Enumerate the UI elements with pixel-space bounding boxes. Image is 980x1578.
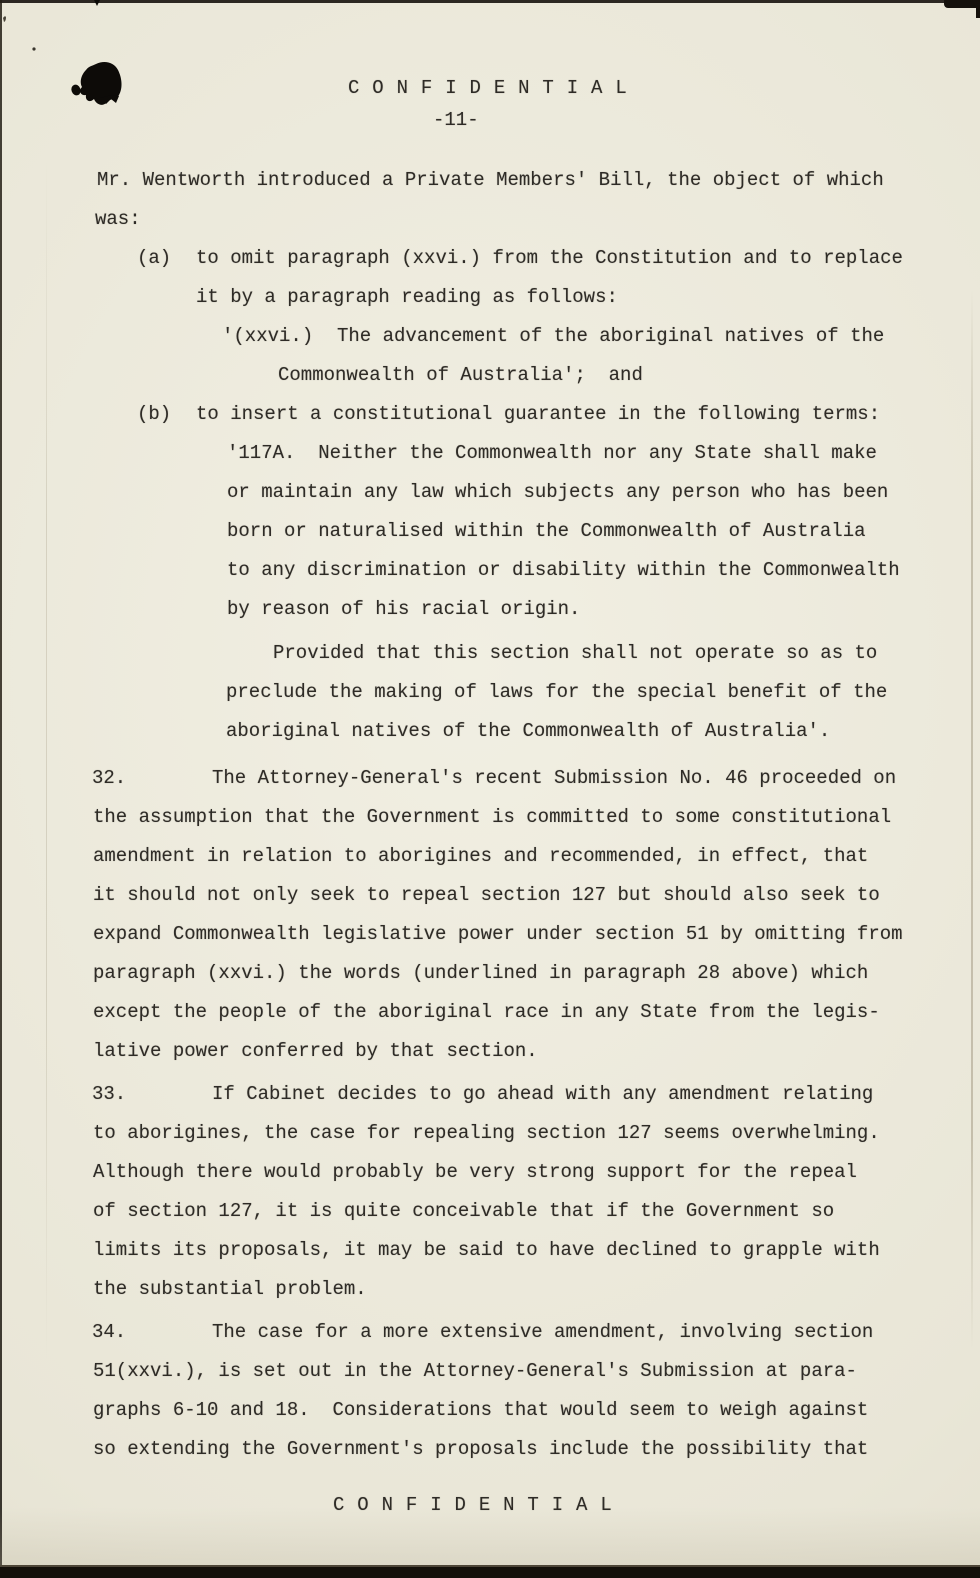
text-line: lative power conferred by that section. <box>93 1039 538 1063</box>
scan-edge-top-right <box>944 0 980 8</box>
text-line: limits its proposals, it may be said to … <box>93 1238 880 1262</box>
ink-blob-icon <box>0 0 160 130</box>
text-line: '117A. Neither the Commonwealth nor any … <box>227 441 877 465</box>
text-line: The advancement of the aboriginal native… <box>337 324 884 348</box>
text-line: aboriginal natives of the Commonwealth o… <box>226 719 830 743</box>
text-line: the substantial problem. <box>93 1277 367 1301</box>
text-line: to omit paragraph (xxvi.) from the Const… <box>196 246 903 270</box>
classification-header: C O N F I D E N T I A L <box>348 76 628 100</box>
page-number: -11- <box>433 108 479 132</box>
text-line: it should not only seek to repeal sectio… <box>93 883 880 907</box>
paragraph-number: 32. <box>92 766 126 790</box>
text-line: to aborigines, the case for repealing se… <box>93 1121 880 1145</box>
text-line: paragraph (xxvi.) the words (underlined … <box>93 961 868 985</box>
text-line: Although there would probably be very st… <box>93 1160 857 1184</box>
list-marker-a: (a) <box>137 246 171 270</box>
text-line: except the people of the aboriginal race… <box>93 1000 880 1024</box>
document-page: C O N F I D E N T I A L-11-Mr. Wentworth… <box>0 0 980 1578</box>
text-line: preclude the making of laws for the spec… <box>226 680 887 704</box>
text-line: the assumption that the Government is co… <box>93 805 891 829</box>
text-line: to any discrimination or disability with… <box>227 558 900 582</box>
quote-marker: '(xxvi.) <box>222 324 313 348</box>
text-line: to insert a constitutional guarantee in … <box>196 402 880 426</box>
text-line: 51(xxvi.), is set out in the Attorney-Ge… <box>93 1359 857 1383</box>
text-line: Commonwealth of Australia'; and <box>278 363 643 387</box>
text-line: amendment in relation to aborigines and … <box>93 844 868 868</box>
text-line: so extending the Government's proposals … <box>93 1437 868 1461</box>
scan-edge-left <box>0 0 2 1578</box>
text-line: was: <box>95 207 141 231</box>
paper-crease-right <box>971 290 973 1350</box>
text-line: graphs 6-10 and 18. Considerations that … <box>93 1398 868 1422</box>
text-line: If Cabinet decides to go ahead with any … <box>212 1082 873 1106</box>
text-line: born or naturalised within the Commonwea… <box>227 519 866 543</box>
text-line: expand Commonwealth legislative power un… <box>93 922 903 946</box>
text-line: The Attorney-General's recent Submission… <box>212 766 896 790</box>
text-line: Mr. Wentworth introduced a Private Membe… <box>97 168 884 192</box>
text-line: it by a paragraph reading as follows: <box>196 285 618 309</box>
text-line: Provided that this section shall not ope… <box>273 641 877 665</box>
text-line: by reason of his racial origin. <box>227 597 580 621</box>
paragraph-number: 34. <box>92 1320 126 1344</box>
scan-edge-right-streak <box>976 0 980 18</box>
text-line: The case for a more extensive amendment,… <box>212 1320 873 1344</box>
text-line: or maintain any law which subjects any p… <box>227 480 888 504</box>
classification-footer: C O N F I D E N T I A L <box>333 1493 613 1517</box>
list-marker-b: (b) <box>137 402 171 426</box>
paragraph-number: 33. <box>92 1082 126 1106</box>
paper-crease-left <box>46 160 47 1360</box>
text-line: of section 127, it is quite conceivable … <box>93 1199 834 1223</box>
